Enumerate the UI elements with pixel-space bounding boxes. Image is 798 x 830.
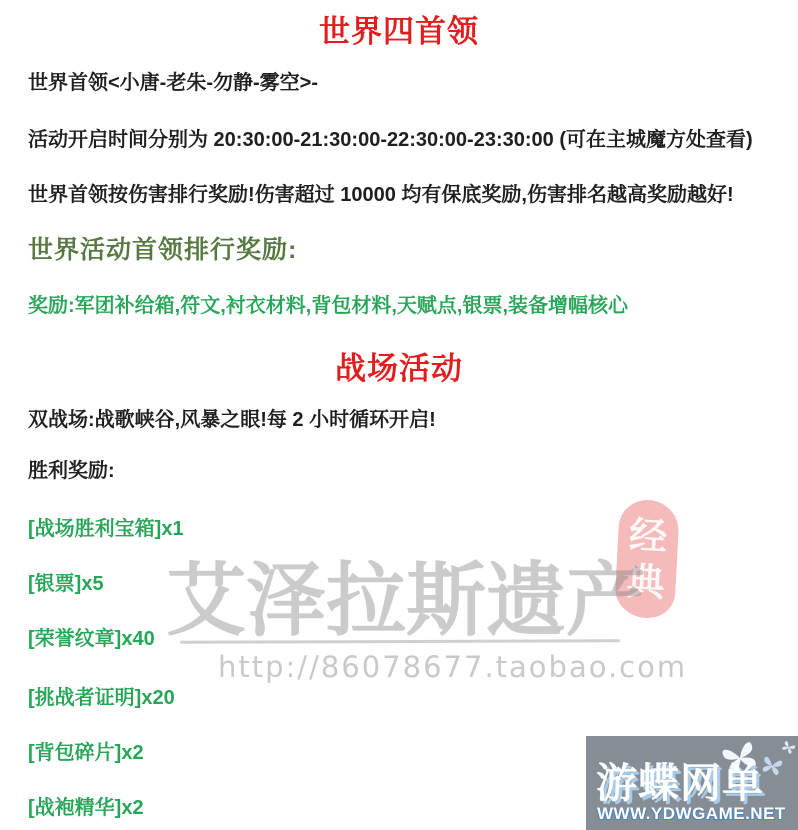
world-rewards-list-line: 奖励:军团补给箱,符文,衬衣材料,背包材料,天赋点,银票,装备增幅核心 <box>28 289 628 318</box>
boss-names-line: 世界首领<小唐-老朱-勿静-雾空>- <box>28 66 318 95</box>
victory-reward-item: [背包碎片]x2 <box>28 736 144 765</box>
victory-reward-item: [战袍精华]x2 <box>28 791 144 820</box>
section-title-world-bosses: 世界四首领 <box>0 6 798 51</box>
damage-ranking-line: 世界首领按伤害排行奖励!伤害超过 10000 均有保底奖励,伤害排名越高奖励越好… <box>28 178 734 207</box>
activity-times-line: 活动开启时间分别为 20:30:00-21:30:00-22:30:00-23:… <box>28 123 753 152</box>
victory-reward-item: [荣誉纹章]x40 <box>28 622 155 651</box>
victory-reward-item: [战场胜利宝箱]x1 <box>28 512 184 541</box>
victory-reward-item: [挑战者证明]x20 <box>28 681 175 710</box>
ydwgame-logo-box: 游蝶网单 WWW.YDWGAME.NET <box>586 736 798 830</box>
world-rewards-heading: 世界活动首领排行奖励: <box>28 230 297 266</box>
battleground-info-line: 双战场:战歌峡谷,风暴之眼!每 2 小时循环开启! <box>28 403 436 432</box>
announcement-page: 世界四首领 世界首领<小唐-老朱-勿静-雾空>- 活动开启时间分别为 20:30… <box>0 0 798 830</box>
brand-watermark-text: 艾泽拉斯遗产 <box>166 536 646 651</box>
logo-name-text: 游蝶网单 <box>596 750 764 809</box>
butterfly-icon <box>778 737 798 757</box>
section-title-battleground: 战场活动 <box>0 343 798 388</box>
victory-reward-item: [银票]x5 <box>28 567 104 596</box>
logo-site-url: WWW.YDWGAME.NET <box>597 804 786 824</box>
taobao-url-watermark: http://86078677.taobao.com <box>218 650 687 684</box>
victory-rewards-heading: 胜利奖励: <box>28 454 115 483</box>
